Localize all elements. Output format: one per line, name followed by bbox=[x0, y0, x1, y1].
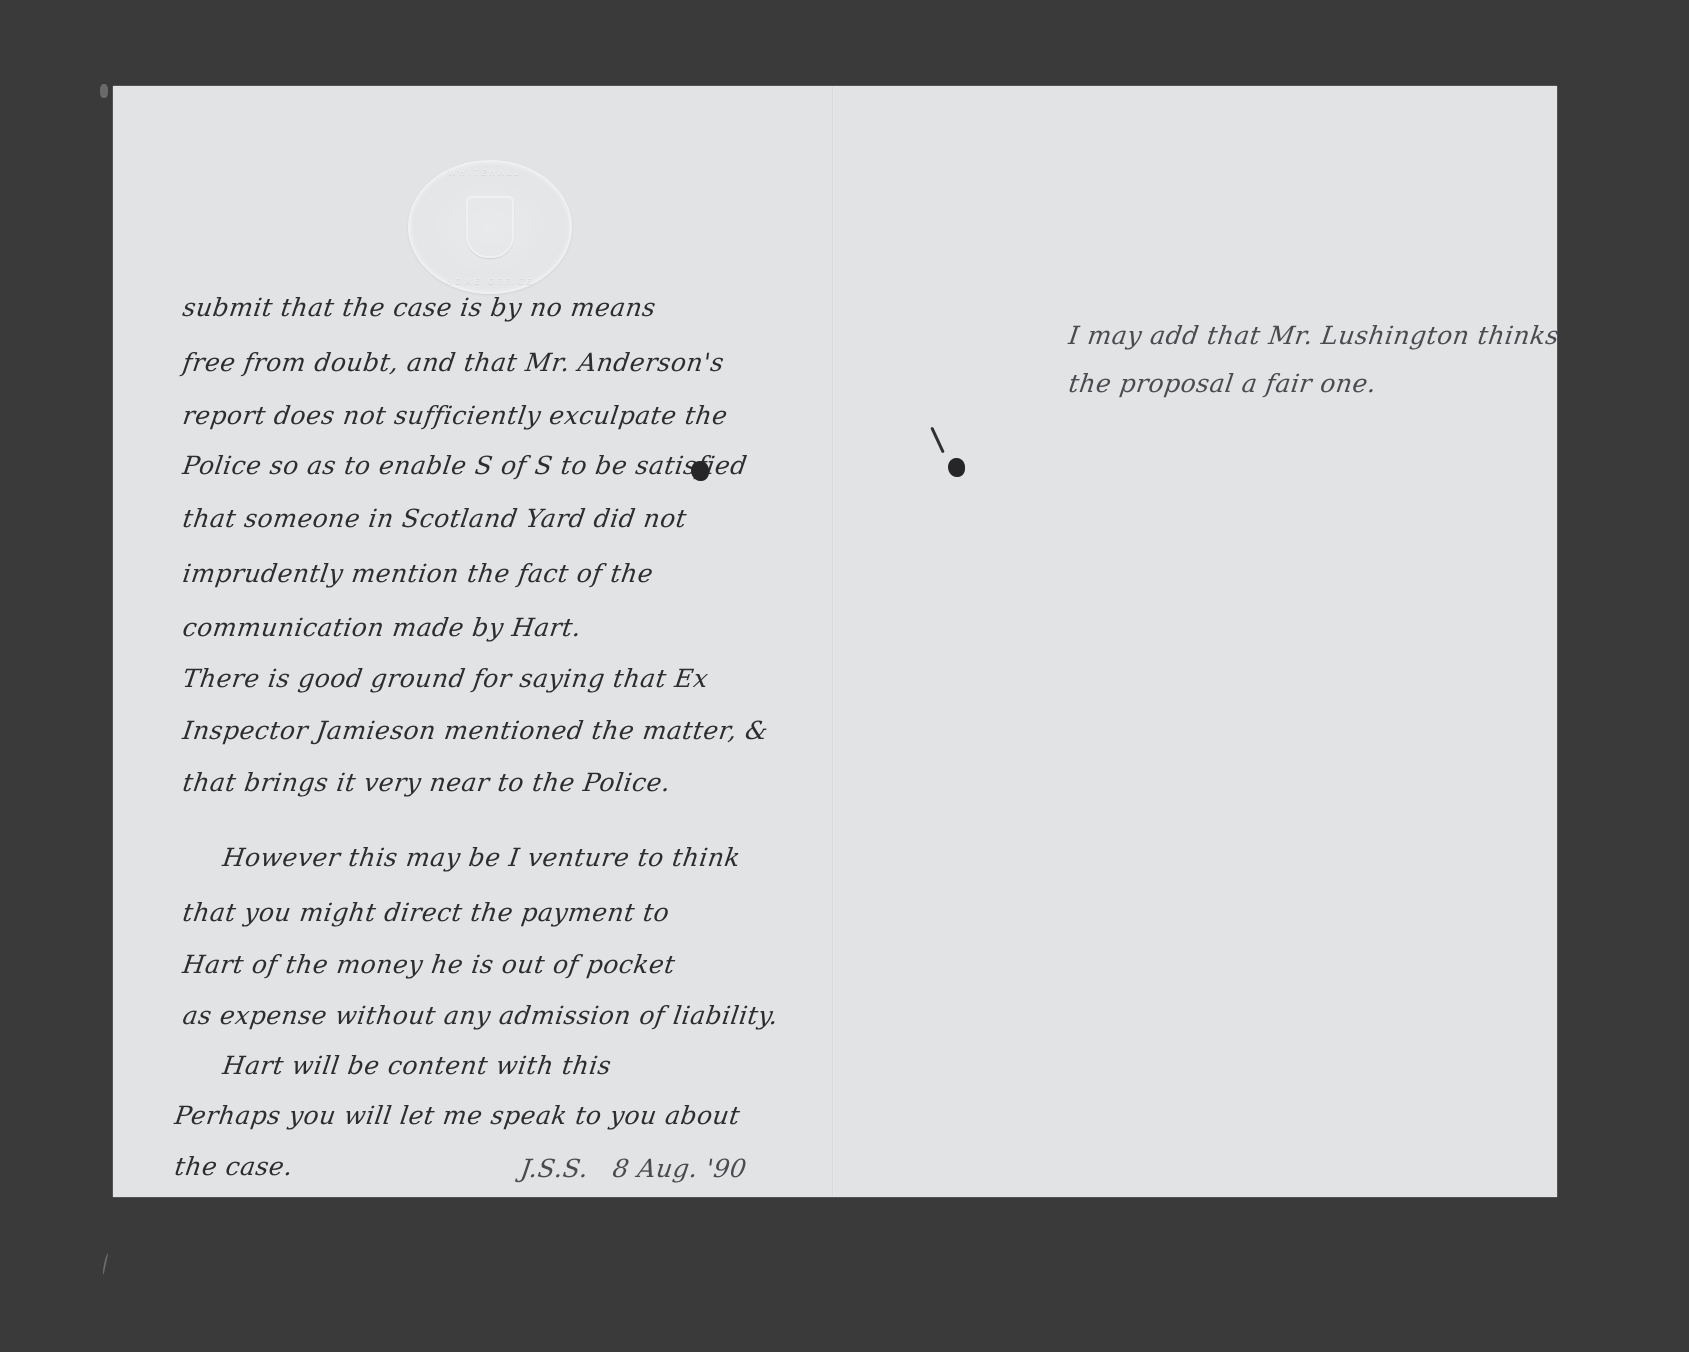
shield-icon bbox=[466, 196, 514, 258]
signature-date: 8 Aug. '90 bbox=[611, 1154, 749, 1183]
letter-line: Police so as to enable S of S to be sati… bbox=[181, 451, 749, 480]
letter-line: that someone in Scotland Yard did not bbox=[181, 504, 689, 533]
punch-hole-ink-blot bbox=[691, 461, 709, 481]
letter-line: submit that the case is by no means bbox=[181, 293, 658, 322]
letter-line: Hart of the money he is out of pocket bbox=[181, 950, 677, 979]
postscript-line: I may add that Mr. Lushington thinks bbox=[1067, 321, 1561, 350]
left-page: WHITEHALL HOME OFFICE submit that the ca… bbox=[113, 86, 832, 1197]
mount-scratch bbox=[102, 1253, 110, 1275]
letter-line: Perhaps you will let me speak to you abo… bbox=[173, 1101, 742, 1130]
letter-line: the case. bbox=[173, 1152, 295, 1181]
letter-line: However this may be I venture to think bbox=[221, 843, 742, 872]
right-page: I may add that Mr. Lushington thinks the… bbox=[832, 86, 1557, 1197]
postscript-line: the proposal a fair one. bbox=[1067, 369, 1379, 398]
letter-line: free from doubt, and that Mr. Anderson's bbox=[181, 348, 726, 377]
letter-line: as expense without any admission of liab… bbox=[181, 1001, 780, 1030]
seal-bottom-text: HOME OFFICE bbox=[446, 277, 534, 286]
mount-speck bbox=[100, 84, 108, 98]
letter-line: communication made by Hart. bbox=[181, 613, 583, 642]
letter-line: imprudently mention the fact of the bbox=[181, 559, 655, 588]
letter-line: Inspector Jamieson mentioned the matter,… bbox=[181, 716, 770, 745]
ink-stroke bbox=[930, 427, 945, 454]
letter-line: There is good ground for saying that Ex bbox=[181, 664, 710, 693]
letter-sheet: WHITEHALL HOME OFFICE submit that the ca… bbox=[113, 86, 1557, 1197]
letter-line: that brings it very near to the Police. bbox=[181, 768, 673, 797]
signature-initials: J.S.S. bbox=[519, 1154, 590, 1183]
seal-top-text: WHITEHALL bbox=[448, 168, 522, 177]
letter-line: Hart will be content with this bbox=[221, 1051, 613, 1080]
letter-line: that you might direct the payment to bbox=[181, 898, 671, 927]
embossed-crest-icon: WHITEHALL HOME OFFICE bbox=[408, 160, 572, 294]
letter-line: report does not sufficiently exculpate t… bbox=[181, 401, 730, 430]
punch-hole-ink-blot bbox=[948, 458, 965, 477]
